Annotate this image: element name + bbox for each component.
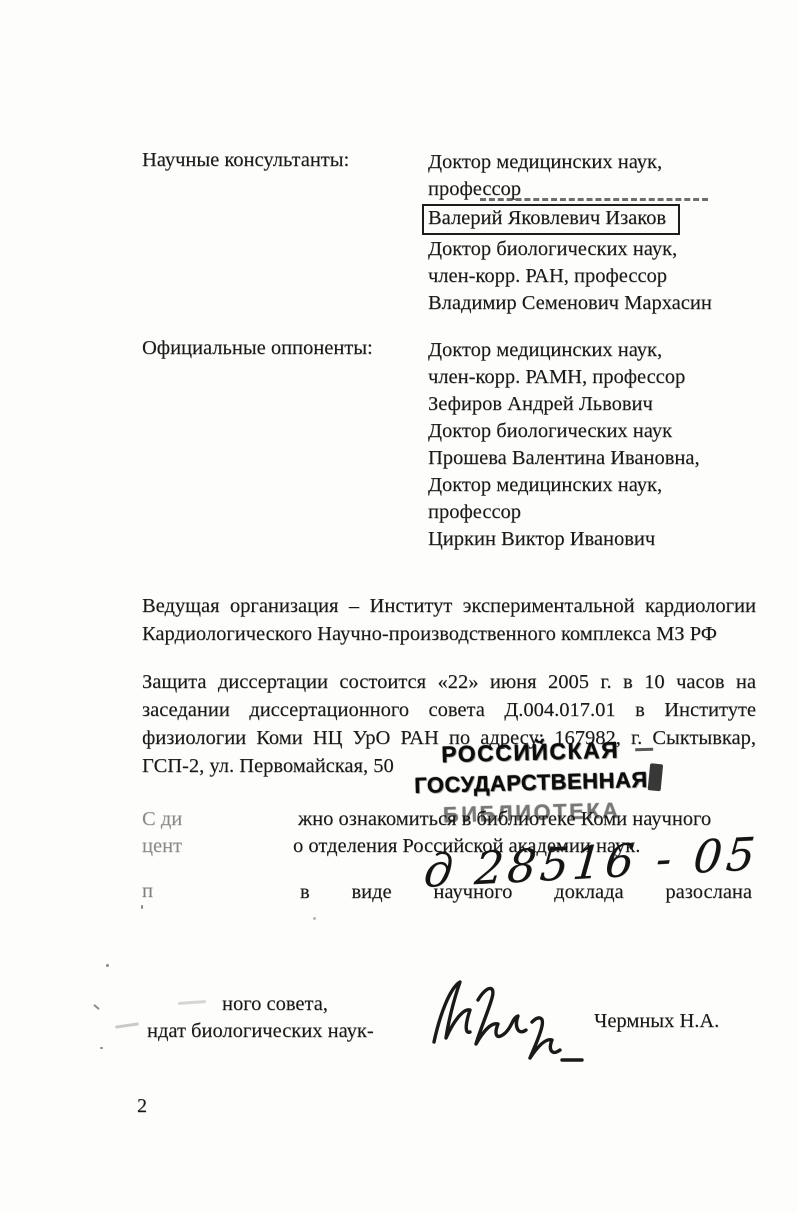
scan-noise-smudge (115, 1022, 139, 1028)
consultant-degree-line: член-корр. РАН, профессор (428, 263, 712, 290)
scanned-page: Научные консультанты: Доктор медицинских… (0, 0, 797, 1212)
paragraph-line: Ведущая организация – Институт экспериме… (142, 592, 756, 620)
secretary-name: Чермных Н.А. (594, 1008, 719, 1035)
consultants-label: Научные консультанты: (142, 149, 349, 172)
paragraph-line: Кардиологического Научно-производственно… (142, 620, 756, 648)
faded-text-fragment: С ди (142, 806, 182, 833)
scan-noise-speck (313, 917, 316, 920)
opponent-degree-line: Доктор медицинских наук, (428, 472, 700, 499)
secretary-line-fragment: ного совета, (222, 991, 328, 1018)
consultant-name: Владимир Семенович Мархасин (428, 290, 712, 317)
scan-noise-smudge (178, 1000, 206, 1005)
faded-text-fragment: цент (142, 833, 182, 860)
faded-text-fragment: п (142, 878, 153, 905)
opponent-name: Зефиров Андрей Львович (428, 391, 700, 418)
opponent-name: Прошева Валентина Ивановна, (428, 445, 700, 472)
consultant-degree-line: Доктор медицинских наук, (428, 149, 712, 176)
paragraph-line: заседании диссертационного совета Д.004.… (142, 696, 756, 724)
boxed-name-line: Валерий Яковлевич Изаков (428, 204, 712, 235)
stamp-line: ГОСУДАРСТВЕННАЯ (412, 767, 651, 799)
opponent-degree-line: член-корр. РАМН, профессор (428, 364, 700, 391)
scan-noise-speck (93, 1004, 100, 1010)
signature-handwriting (420, 972, 598, 1070)
page-number: 2 (137, 1095, 147, 1118)
opponent-degree-line: Доктор медицинских наук, (428, 337, 700, 364)
paragraph-line: Защита диссертации состоится «22» июня 2… (142, 668, 756, 696)
scan-noise-speck (100, 1047, 103, 1049)
library-stamp: РОССИЙСКАЯ ГОСУДАРСТВЕННАЯ БИБЛИОТЕКА (411, 736, 651, 829)
opponent-name: Циркин Виктор Иванович (428, 526, 700, 553)
scan-noise-speck (106, 964, 109, 967)
opponents-label: Официальные оппоненты: (142, 337, 373, 360)
secretary-line-fragment: ндат биологических наук- (147, 1018, 374, 1045)
opponent-degree-line: Доктор биологических наук (428, 418, 700, 445)
opponent-degree-line: профессор (428, 499, 700, 526)
opponents-column: Доктор медицинских наук, член-корр. РАМН… (428, 337, 700, 553)
consultants-column: Доктор медицинских наук, профессор Валер… (428, 149, 712, 317)
consultant-degree-line: Доктор биологических наук, (428, 236, 712, 263)
leading-organization-paragraph: Ведущая организация – Институт экспериме… (142, 592, 756, 648)
stamp-line: РОССИЙСКАЯ (411, 736, 650, 769)
stamp-smudge (635, 748, 653, 751)
stamp-ink-blot (648, 763, 664, 791)
boxed-consultant-name: Валерий Яковлевич Изаков (422, 204, 680, 235)
scan-noise-speck (141, 905, 143, 909)
